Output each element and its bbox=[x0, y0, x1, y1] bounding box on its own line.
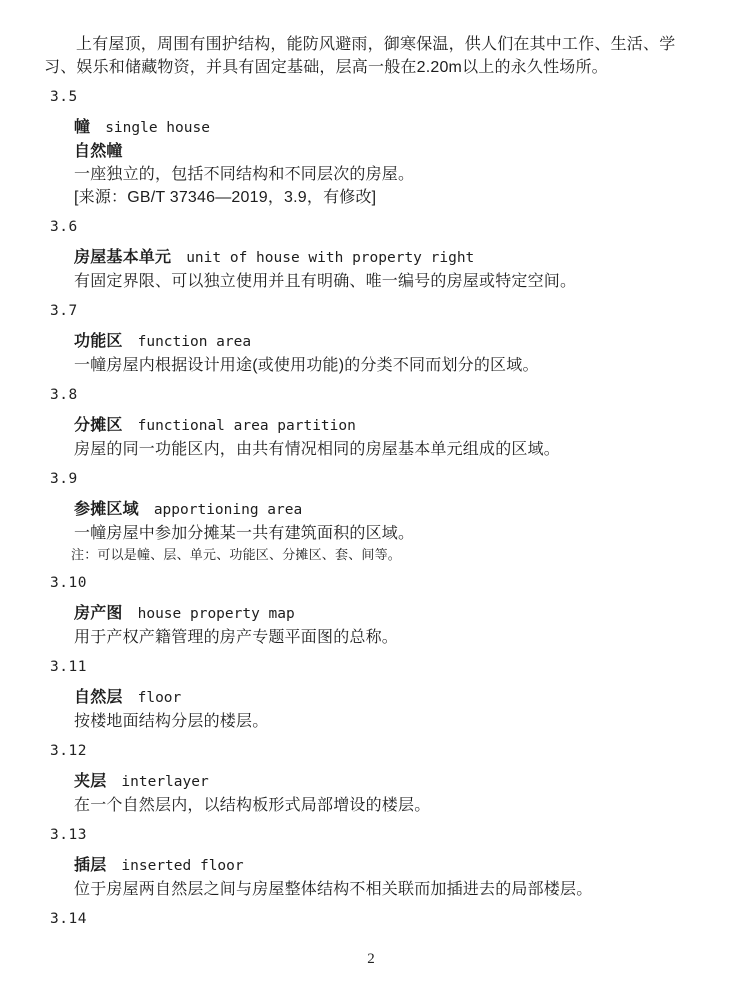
terminology-entry-3-11: 3.11 自然层floor 按楼地面结构分层的楼层。 bbox=[44, 656, 697, 733]
term-chinese: 夹层 bbox=[74, 773, 106, 790]
term-english: functional area partition bbox=[138, 418, 356, 434]
term-line: 夹层interlayer bbox=[74, 770, 697, 794]
clause-number: 3.14 bbox=[50, 908, 697, 931]
term-chinese: 功能区 bbox=[74, 333, 123, 350]
clause-number: 3.10 bbox=[50, 572, 697, 595]
clause-number: 3.9 bbox=[50, 468, 697, 491]
term-definition: 一幢房屋中参加分摊某一共有建筑面积的区域。 bbox=[74, 522, 697, 545]
terminology-entry-3-5: 3.5 幢single house 自然幢 一座独立的，包括不同结构和不同层次的… bbox=[44, 86, 697, 209]
term-english: inserted floor bbox=[121, 858, 243, 874]
term-chinese: 房产图 bbox=[74, 605, 123, 622]
term-definition: 房屋的同一功能区内，由共有情况相同的房屋基本单元组成的区域。 bbox=[74, 438, 697, 461]
term-definition: 有固定界限、可以独立使用并且有明确、唯一编号的房屋或特定空间。 bbox=[74, 270, 697, 293]
term-line: 功能区function area bbox=[74, 330, 697, 354]
term-source: [来源：GB/T 37346—2019，3.9，有修改] bbox=[74, 186, 697, 209]
clause-number: 3.12 bbox=[50, 740, 697, 763]
term-note: 注：可以是幢、层、单元、功能区、分摊区、套、间等。 bbox=[71, 545, 697, 565]
term-line: 幢single house bbox=[74, 116, 697, 140]
term-definition: 位于房屋两自然层之间与房屋整体结构不相关联而加插进去的局部楼层。 bbox=[74, 878, 697, 901]
term-english: interlayer bbox=[121, 774, 208, 790]
term-line: 插层inserted floor bbox=[74, 854, 697, 878]
term-line: 分摊区functional area partition bbox=[74, 414, 697, 438]
clause-number: 3.8 bbox=[50, 384, 697, 407]
page-number: 2 bbox=[367, 951, 375, 967]
clause-number: 3.7 bbox=[50, 300, 697, 323]
document-page: 上有屋顶，周围有围护结构，能防风避雨，御寒保温，供人们在其中工作、生活、学习、娱… bbox=[0, 0, 742, 992]
intro-paragraph: 上有屋顶，周围有围护结构，能防风避雨，御寒保温，供人们在其中工作、生活、学习、娱… bbox=[44, 33, 697, 79]
term-english: floor bbox=[138, 690, 182, 706]
clause-number: 3.6 bbox=[50, 216, 697, 239]
clause-number: 3.13 bbox=[50, 824, 697, 847]
term-line: 房产图house property map bbox=[74, 602, 697, 626]
terminology-entry-3-10: 3.10 房产图house property map 用于产权产籍管理的房产专题… bbox=[44, 572, 697, 649]
term-chinese: 参摊区域 bbox=[74, 501, 139, 518]
term-chinese: 自然层 bbox=[74, 689, 123, 706]
terminology-entry-3-13: 3.13 插层inserted floor 位于房屋两自然层之间与房屋整体结构不… bbox=[44, 824, 697, 901]
terminology-entry-3-8: 3.8 分摊区functional area partition 房屋的同一功能… bbox=[44, 384, 697, 461]
clause-number: 3.11 bbox=[50, 656, 697, 679]
terminology-entry-3-7: 3.7 功能区function area 一幢房屋内根据设计用途(或使用功能)的… bbox=[44, 300, 697, 377]
terminology-entry-3-9: 3.9 参摊区域apportioning area 一幢房屋中参加分摊某一共有建… bbox=[44, 468, 697, 565]
terminology-entry-3-14: 3.14 bbox=[44, 908, 697, 931]
term-english: unit of house with property right bbox=[186, 250, 474, 266]
term-chinese: 幢 bbox=[74, 119, 90, 136]
term-english: single house bbox=[105, 120, 210, 136]
term-synonym: 自然幢 bbox=[74, 140, 697, 163]
term-definition: 一幢房屋内根据设计用途(或使用功能)的分类不同而划分的区域。 bbox=[74, 354, 697, 377]
term-line: 参摊区域apportioning area bbox=[74, 498, 697, 522]
terminology-entry-3-12: 3.12 夹层interlayer 在一个自然层内，以结构板形式局部增设的楼层。 bbox=[44, 740, 697, 817]
term-definition: 按楼地面结构分层的楼层。 bbox=[74, 710, 697, 733]
term-english: house property map bbox=[138, 606, 295, 622]
terminology-entry-3-6: 3.6 房屋基本单元unit of house with property ri… bbox=[44, 216, 697, 293]
term-english: apportioning area bbox=[154, 502, 302, 518]
term-definition: 用于产权产籍管理的房产专题平面图的总称。 bbox=[74, 626, 697, 649]
term-chinese: 房屋基本单元 bbox=[74, 249, 171, 266]
term-definition: 一座独立的，包括不同结构和不同层次的房屋。 bbox=[74, 163, 697, 186]
page-footer: 2 bbox=[0, 950, 742, 968]
term-chinese: 分摊区 bbox=[74, 417, 123, 434]
term-chinese: 插层 bbox=[74, 857, 106, 874]
clause-number: 3.5 bbox=[50, 86, 697, 109]
term-line: 自然层floor bbox=[74, 686, 697, 710]
term-definition: 在一个自然层内，以结构板形式局部增设的楼层。 bbox=[74, 794, 697, 817]
term-line: 房屋基本单元unit of house with property right bbox=[74, 246, 697, 270]
term-english: function area bbox=[138, 334, 252, 350]
